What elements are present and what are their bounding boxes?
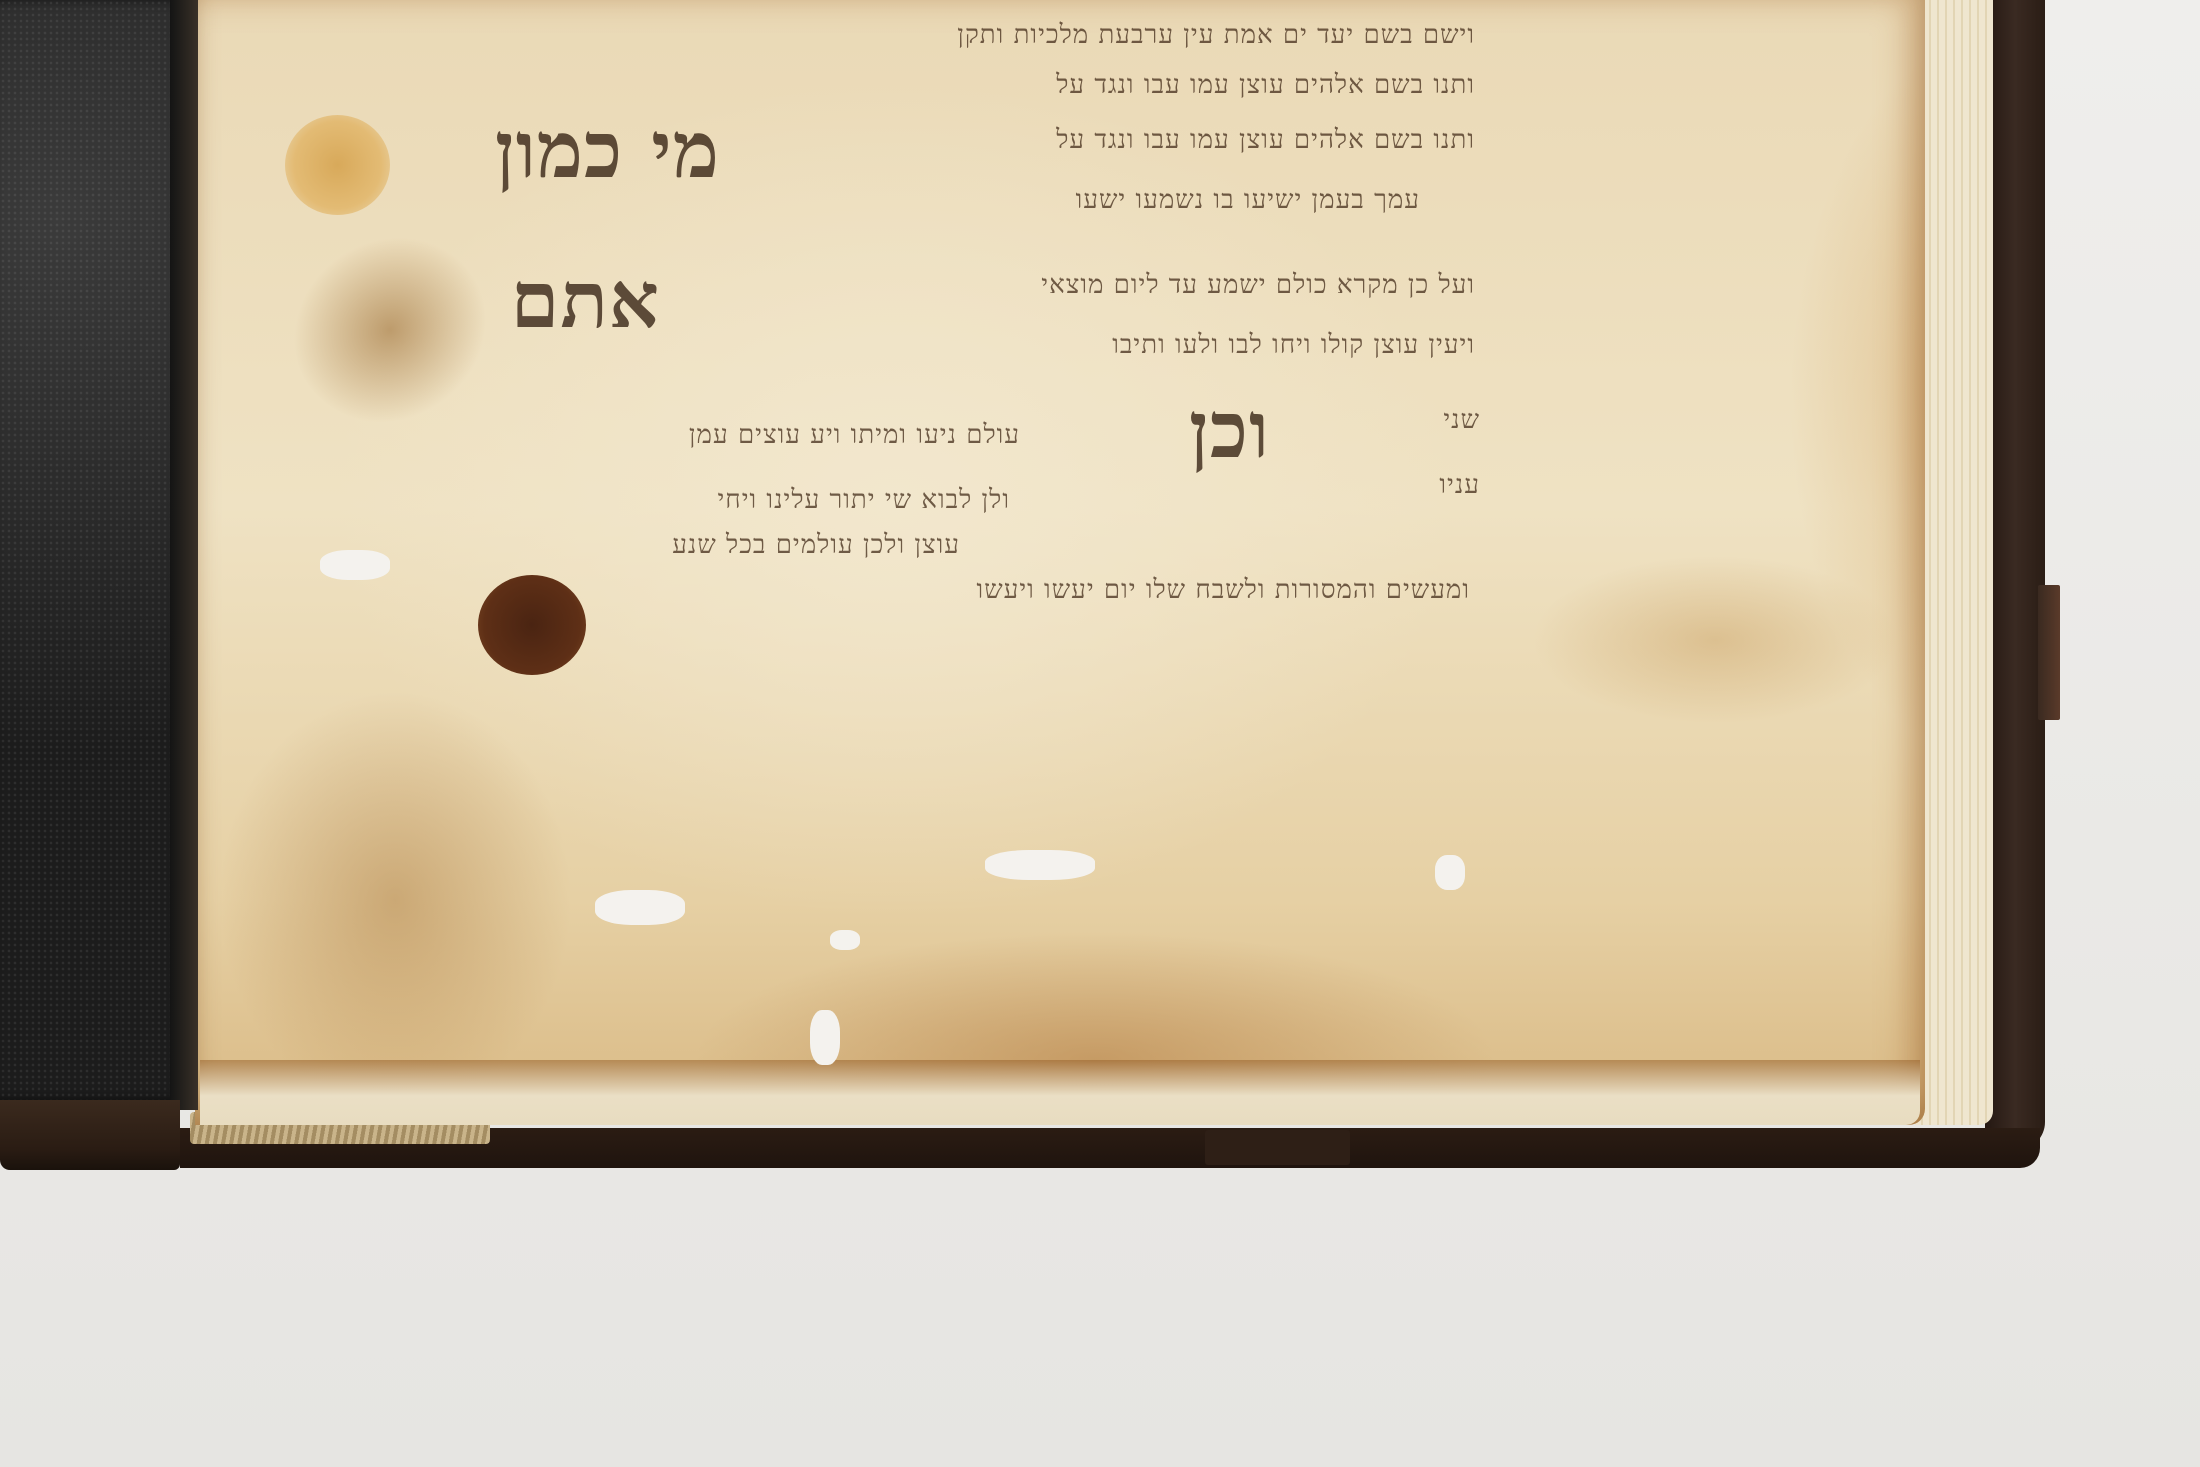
dark-ink-stain [478,575,586,675]
large-word: אתם [511,255,660,346]
page-edges [1915,0,1993,1125]
large-word: מי כמון [495,105,720,196]
left-leather-cover [0,0,192,1100]
text-line: ולן לבוא שי יתור עלינו ויחי [717,485,1010,515]
text-line: ומעשים והמסורות ולשבח שלו יום יעשו ויעשו [977,575,1470,605]
parchment-loss [985,850,1095,880]
left-cover-edge [170,0,198,1110]
parchment-loss [1435,855,1465,890]
parchment-loss [810,1010,840,1065]
large-word: וכן [1189,385,1270,476]
text-line: וישם בשם יעד ים אמת עין ערבעת מלכיות ותק… [957,20,1475,50]
parchment-loss [830,930,860,950]
text-line: עוצן ולכן עולמים בכל שנע [672,530,960,560]
bottom-strap-tab [1205,1130,1350,1165]
yellow-stain [285,115,390,215]
parchment-loss [595,890,685,925]
margin-word: עניו [1439,470,1480,500]
text-line: עמך בעמן ישיעו בו נשמעו ישעו [1076,185,1420,215]
right-leather-cover [1985,0,2045,1150]
text-line: ויעין עוצן קולו ויחו לבו ולעו ותיבו [1112,330,1475,360]
text-line: עולם ניעו ומיתו ויע עוצים עמן [689,420,1020,450]
text-line: ותנו בשם אלהים עוצן עמו עבו ונגד על [1056,70,1475,100]
clasp-strap [2038,585,2060,720]
page-bottom-margin [200,1060,1920,1125]
bottom-leather-band [0,1100,180,1170]
text-line: ותנו בשם אלהים עוצן עמו עבו ונגד על [805,125,1475,155]
parchment-page [195,0,1925,1125]
text-line: ועל כן מקרא כולם ישמע עד ליום מוצאי [1041,270,1475,300]
margin-word: שני [1443,405,1480,435]
parchment-loss [320,550,390,580]
